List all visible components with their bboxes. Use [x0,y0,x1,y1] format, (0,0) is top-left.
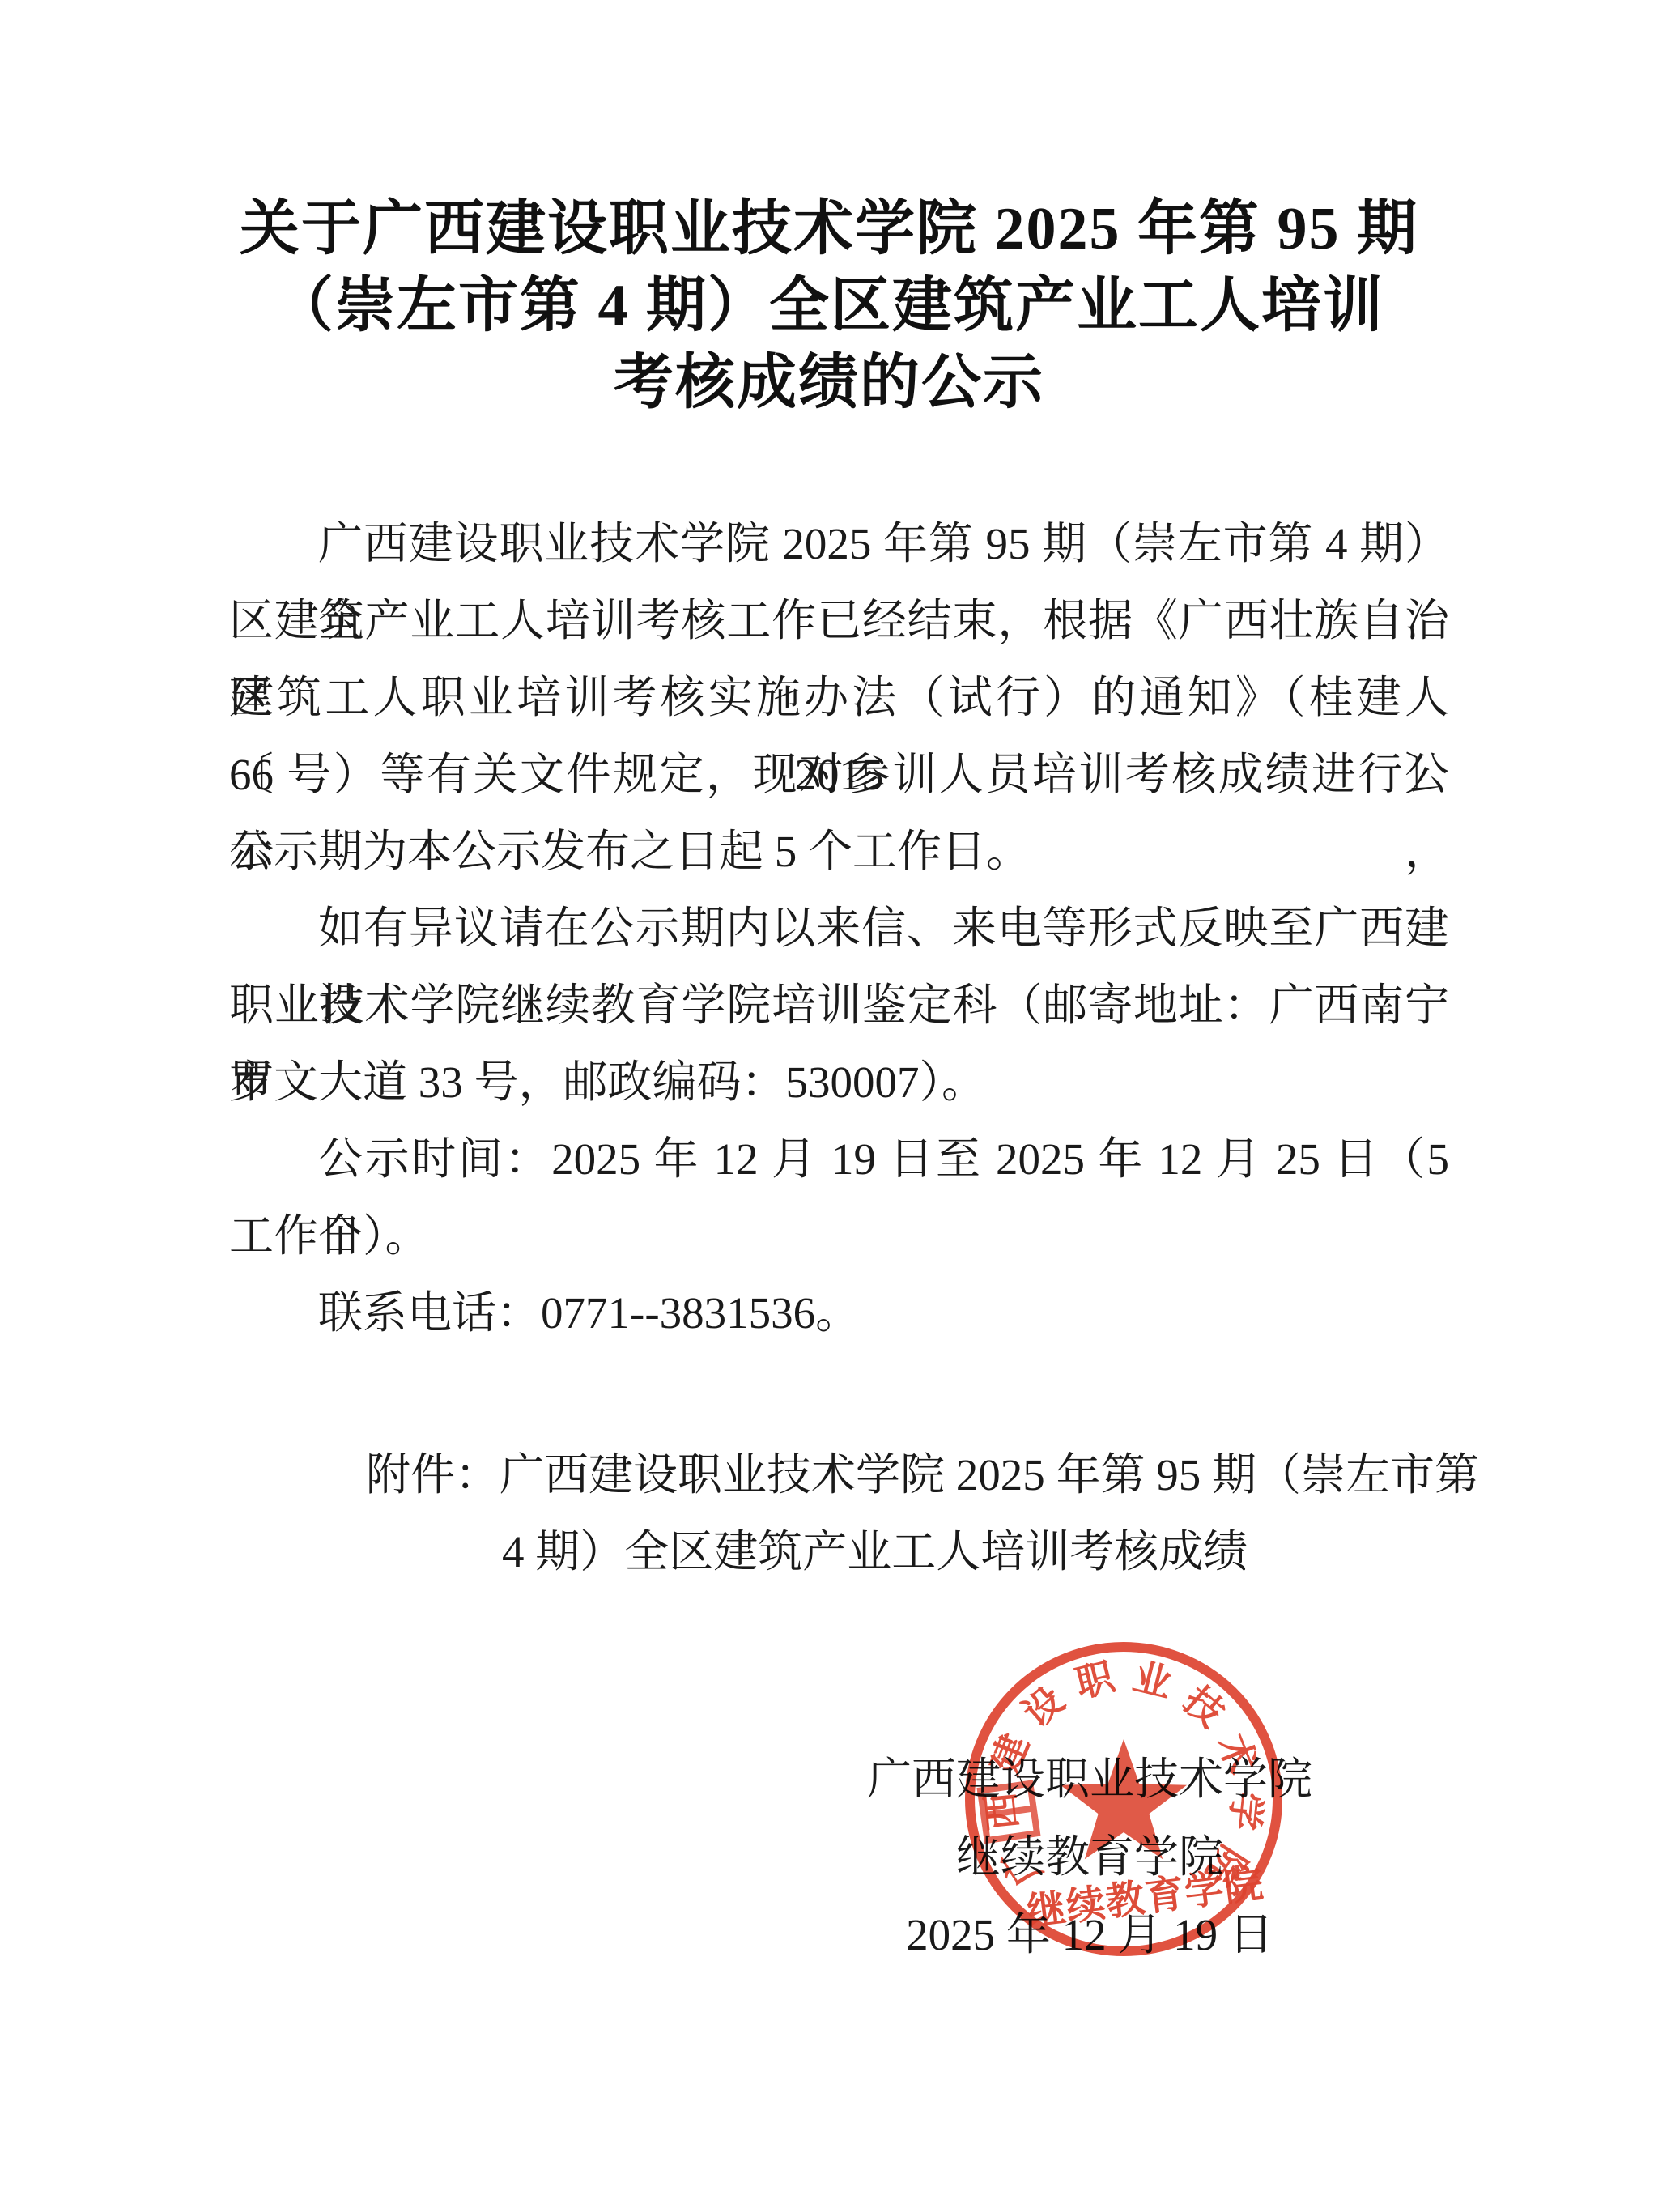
body-line: 广西建设职业技术学院 2025 年第 95 期（崇左市第 4 期）全 [229,505,1449,582]
svg-text:设: 设 [1016,1679,1073,1736]
body-line: 区建筑产业工人培训考核工作已经结束，根据《广西壮族自治区 [229,582,1449,659]
body-line: 联系电话：0771--3831536。 [229,1274,1449,1351]
title-line-1: 关于广西建设职业技术学院 2025 年第 95 期 [0,191,1658,268]
title-line-3: 考核成绩的公示 [0,345,1658,422]
body-line: 66 号）等有关文件规定，现对参训人员培训考核成绩进行公示， [229,736,1449,813]
signature-block: 广西建设职业技术学院 继续教育学院 2025 年 12 月 19 日 [847,1741,1333,1974]
signature-date: 2025 年 12 月 19 日 [847,1896,1333,1974]
document-title: 关于广西建设职业技术学院 2025 年第 95 期 （崇左市第 4 期）全区建筑… [0,191,1658,422]
body-line: 建筑工人职业培训考核实施办法（试行）的通知》（桂建人〔2015〕 [229,659,1449,736]
announcement-document: 关于广西建设职业技术学院 2025 年第 95 期 （崇左市第 4 期）全区建筑… [0,0,1658,2212]
svg-text:技: 技 [1175,1679,1232,1736]
title-line-2: （崇左市第 4 期）全区建筑产业工人培训 [0,268,1658,345]
svg-text:职: 职 [1072,1656,1120,1706]
signature-org: 广西建设职业技术学院 [847,1741,1333,1819]
attachment-line-2: 4 期）全区建筑产业工人培训考核成绩 [229,1513,1449,1590]
attachment-line-1: 附件：广西建设职业技术学院 2025 年第 95 期（崇左市第 [229,1436,1449,1513]
body-line: 工作日）。 [229,1197,1449,1274]
body-line: 公示时间：2025 年 12 月 19 日至 2025 年 12 月 25 日（… [229,1121,1449,1197]
body-line: 罗文大道 33 号，邮政编码：530007）。 [229,1044,1449,1121]
svg-text:业: 业 [1129,1656,1175,1706]
attachment-note: 附件：广西建设职业技术学院 2025 年第 95 期（崇左市第 4 期）全区建筑… [229,1436,1449,1590]
document-body: 广西建设职业技术学院 2025 年第 95 期（崇左市第 4 期）全 区建筑产业… [229,505,1449,1351]
body-line: 职业技术学院继续教育学院培训鉴定科（邮寄地址：广西南宁市 [229,967,1449,1044]
body-line: 如有异议请在公示期内以来信、来电等形式反映至广西建设 [229,890,1449,967]
signature-dept: 继续教育学院 [847,1819,1333,1896]
